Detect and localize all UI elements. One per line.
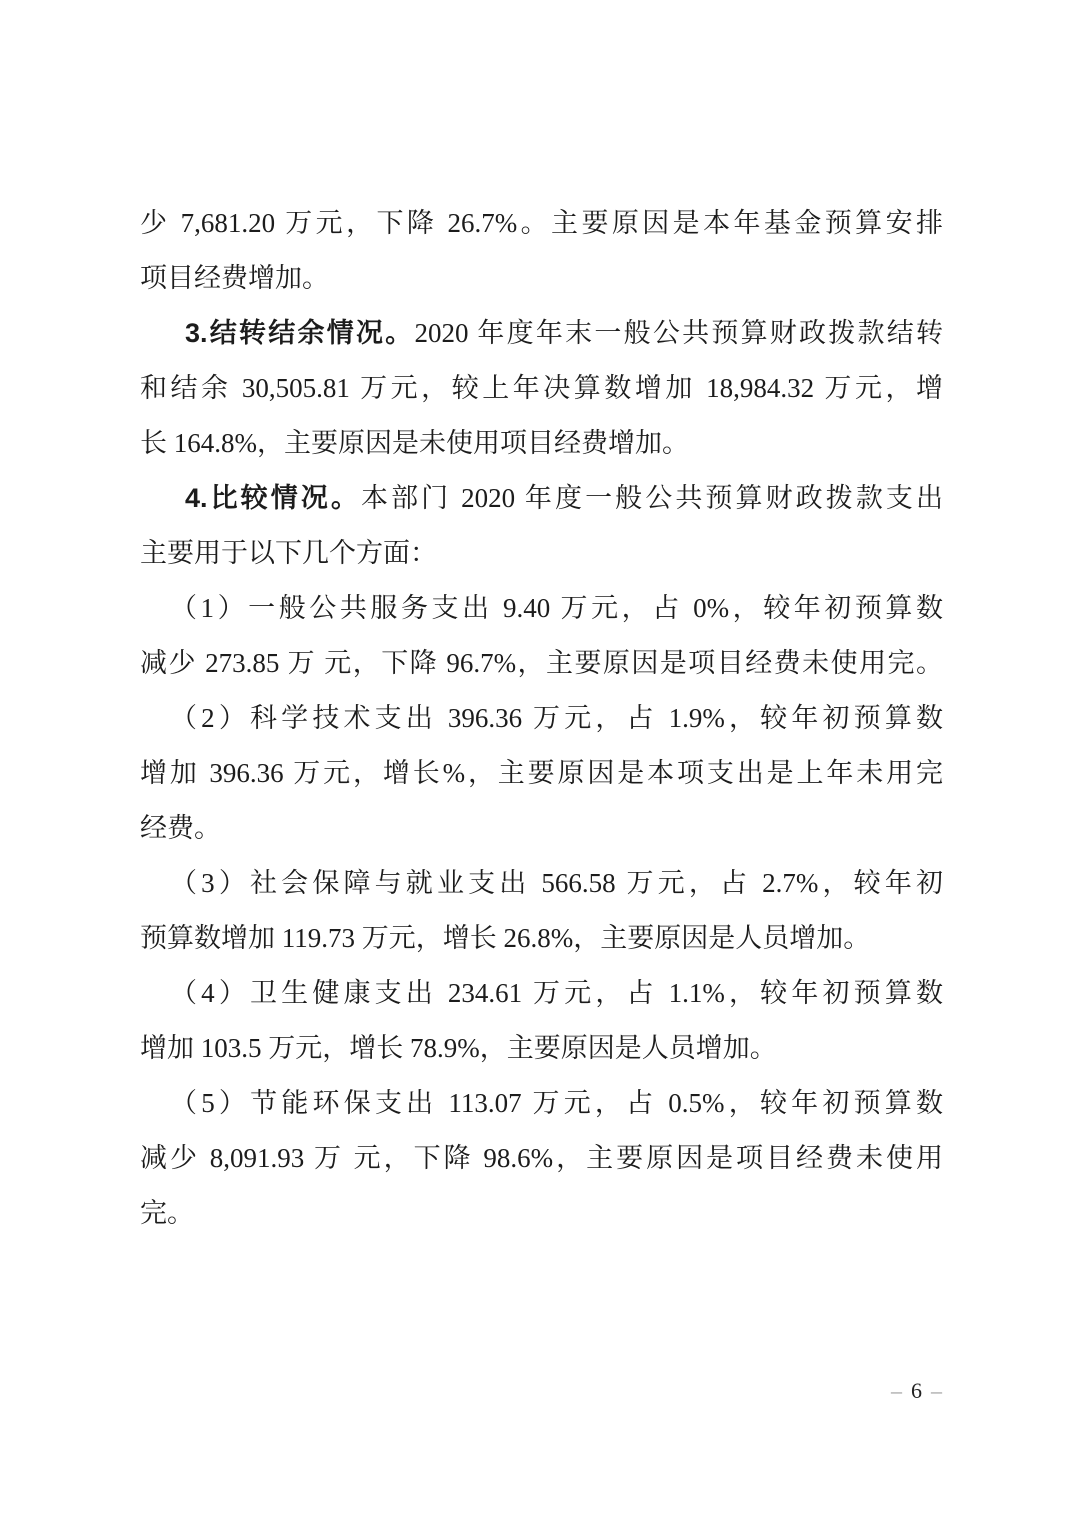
text-line: 少 7,681.20 万元，下降 26.7%。主要原因是本年基金预算安排 <box>140 196 943 251</box>
text-line: 减少 273.85 万 元，下降 96.7%，主要原因是项目经费未使用完。 <box>140 636 943 691</box>
section-heading: 4.比较情况。 <box>185 483 361 513</box>
body-text: 预算数增加 119.73 万元，增长 26.8%，主要原因是人员增加。 <box>140 923 870 953</box>
page-number-value: 6 <box>903 1378 931 1403</box>
text-line: 主要用于以下几个方面： <box>140 526 943 581</box>
text-line: 预算数增加 119.73 万元，增长 26.8%，主要原因是人员增加。 <box>140 911 943 966</box>
body-text: （5）节能环保支出 113.07 万元，占 0.5%，较年初预算数 <box>170 1088 943 1118</box>
page-number-dash-left: – <box>891 1378 903 1403</box>
body-text: 和结余 30,505.81 万元，较上年决算数增加 18,984.32 万元，增 <box>140 373 943 403</box>
body-text: 主要用于以下几个方面： <box>140 538 437 568</box>
body-text: 少 7,681.20 万元，下降 26.7%。主要原因是本年基金预算安排 <box>140 208 943 238</box>
body-text: 增加 396.36 万元，增长%，主要原因是本项支出是上年未用完 <box>140 758 943 788</box>
page-number: –6– <box>891 1378 943 1404</box>
text-line: （5）节能环保支出 113.07 万元，占 0.5%，较年初预算数 <box>140 1076 943 1131</box>
body-text: （1）一般公共服务支出 9.40 万元，占 0%，较年初预算数 <box>170 593 943 623</box>
text-line: （1）一般公共服务支出 9.40 万元，占 0%，较年初预算数 <box>140 581 943 636</box>
body-text: 减少 273.85 万 元，下降 96.7%，主要原因是项目经费未使用完。 <box>140 648 943 678</box>
body-text: 增加 103.5 万元，增长 78.9%，主要原因是人员增加。 <box>140 1033 777 1063</box>
body-text: （2）科学技术支出 396.36 万元，占 1.9%，较年初预算数 <box>170 703 943 733</box>
body-text: （3）社会保障与就业支出 566.58 万元，占 2.7%，较年初 <box>170 868 943 898</box>
text-line: 减少 8,091.93 万 元，下降 98.6%，主要原因是项目经费未使用 <box>140 1131 943 1186</box>
text-line: （4）卫生健康支出 234.61 万元，占 1.1%，较年初预算数 <box>140 966 943 1021</box>
text-line: （3）社会保障与就业支出 566.58 万元，占 2.7%，较年初 <box>140 856 943 911</box>
body-text: 2020 年度年末一般公共预算财政拨款结转 <box>414 318 943 348</box>
text-line: 项目经费增加。 <box>140 251 943 306</box>
text-line: （2）科学技术支出 396.36 万元，占 1.9%，较年初预算数 <box>140 691 943 746</box>
body-text: 本部门 2020 年度一般公共预算财政拨款支出 <box>361 483 943 513</box>
section-heading: 3.结转结余情况。 <box>185 318 414 348</box>
body-text: 长 164.8%，主要原因是未使用项目经费增加。 <box>140 428 689 458</box>
body-text: 减少 8,091.93 万 元，下降 98.6%，主要原因是项目经费未使用 <box>140 1143 943 1173</box>
text-line: 增加 103.5 万元，增长 78.9%，主要原因是人员增加。 <box>140 1021 943 1076</box>
text-line: 完。 <box>140 1186 943 1241</box>
document-body: 少 7,681.20 万元，下降 26.7%。主要原因是本年基金预算安排项目经费… <box>140 196 943 1241</box>
body-text: （4）卫生健康支出 234.61 万元，占 1.1%，较年初预算数 <box>170 978 943 1008</box>
body-text: 完。 <box>140 1198 194 1228</box>
body-text: 经费。 <box>140 813 221 843</box>
body-text: 项目经费增加。 <box>140 263 329 293</box>
text-line: 增加 396.36 万元，增长%，主要原因是本项支出是上年未用完 <box>140 746 943 801</box>
text-line: 和结余 30,505.81 万元，较上年决算数增加 18,984.32 万元，增 <box>140 361 943 416</box>
text-line: 4.比较情况。本部门 2020 年度一般公共预算财政拨款支出 <box>140 471 943 526</box>
text-line: 3.结转结余情况。2020 年度年末一般公共预算财政拨款结转 <box>140 306 943 361</box>
page-number-dash-right: – <box>931 1378 943 1403</box>
text-line: 经费。 <box>140 801 943 856</box>
text-line: 长 164.8%，主要原因是未使用项目经费增加。 <box>140 416 943 471</box>
